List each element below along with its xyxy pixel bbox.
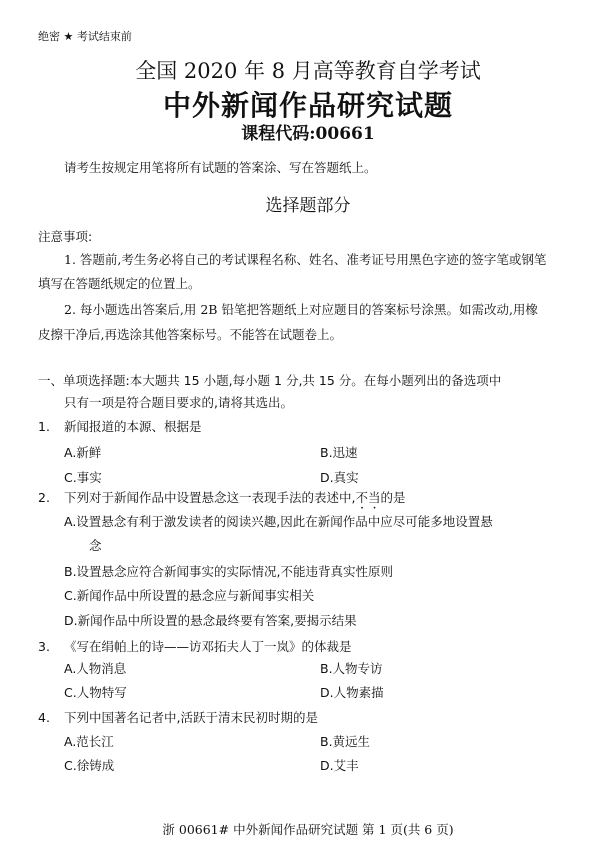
subject-title: 中外新闻作品研究试题	[0, 84, 616, 124]
option-d: D.人物素描	[320, 683, 384, 701]
emphasized-text: 不当	[355, 490, 380, 505]
course-code: 课程代码:00661	[0, 119, 616, 144]
question-2: 2.下列对于新闻作品中设置悬念这一表现手法的表述中,不当的是	[38, 488, 406, 512]
page-footer: 浙 00661# 中外新闻作品研究试题 第 1 页(共 6 页)	[0, 820, 616, 838]
section-heading-line2: 只有一项是符合题目要求的,请将其选出。	[64, 393, 293, 411]
option-a: A.设置悬念有利于激发读者的阅读兴趣,因此在新闻作品中应尽可能多地设置悬	[64, 512, 493, 530]
option-c: C.事实	[64, 468, 102, 486]
option-d: D.真实	[320, 468, 359, 486]
option-a: A.范长江	[64, 732, 114, 750]
notice-item-2-line1: 2. 每小题选出答案后,用 2B 铅笔把答题纸上对应题目的答案标号涂黑。如需改动…	[64, 300, 538, 318]
question-number: 4.	[38, 710, 64, 725]
exam-title: 全国 2020 年 8 月高等教育自学考试	[0, 55, 616, 85]
option-d: D.艾丰	[320, 756, 359, 774]
option-b: B.人物专访	[320, 659, 383, 677]
question-1: 1.新闻报道的本源、根据是	[38, 417, 202, 435]
notice-item-1-line1: 1. 答题前,考生务必将自己的考试课程名称、姓名、准考证号用黑色字迹的签字笔或钢…	[64, 250, 546, 268]
question-4: 4.下列中国著名记者中,活跃于清末民初时期的是	[38, 708, 318, 726]
question-stem: 下列对于新闻作品中设置悬念这一表现手法的表述中,	[64, 490, 355, 505]
answer-instruction: 请考生按规定用笔将所有试题的答案涂、写在答题纸上。	[64, 158, 377, 176]
question-number: 2.	[38, 490, 64, 505]
notice-item-2-line2: 皮擦干净后,再选涂其他答案标号。不能答在试题卷上。	[38, 325, 342, 343]
question-stem: 《写在绢帕上的诗——访邓拓夫人丁一岚》的体裁是	[64, 639, 352, 654]
confidential-mark: 绝密 ★ 考试结束前	[38, 28, 132, 44]
question-number: 3.	[38, 639, 64, 654]
question-stem: 下列中国著名记者中,活跃于清末民初时期的是	[64, 710, 318, 725]
notice-item-1-line2: 填写在答题纸规定的位置上。	[38, 274, 201, 292]
part-title: 选择题部分	[0, 191, 616, 216]
option-c: C.徐铸成	[64, 756, 114, 774]
option-d: D.新闻作品中所设置的悬念最终要有答案,要揭示结果	[64, 611, 357, 629]
option-c: C.人物特写	[64, 683, 127, 701]
option-a-continued: 念	[89, 536, 102, 554]
question-number: 1.	[38, 419, 64, 434]
section-heading-line1: 一、单项选择题:本大题共 15 小题,每小题 1 分,共 15 分。在每小题列出…	[38, 371, 501, 389]
question-stem-end: 的是	[381, 490, 406, 505]
option-b: B.设置悬念应符合新闻事实的实际情况,不能违背真实性原则	[64, 562, 393, 580]
option-b: B.黄远生	[320, 732, 370, 750]
question-3: 3.《写在绢帕上的诗——访邓拓夫人丁一岚》的体裁是	[38, 637, 352, 655]
option-a: A.新鲜	[64, 443, 101, 461]
option-a: A.人物消息	[64, 659, 126, 677]
option-c: C.新闻作品中所设置的悬念应与新闻事实相关	[64, 586, 314, 604]
option-b: B.迅速	[320, 443, 358, 461]
notice-heading: 注意事项:	[38, 227, 92, 245]
question-stem: 新闻报道的本源、根据是	[64, 419, 202, 434]
